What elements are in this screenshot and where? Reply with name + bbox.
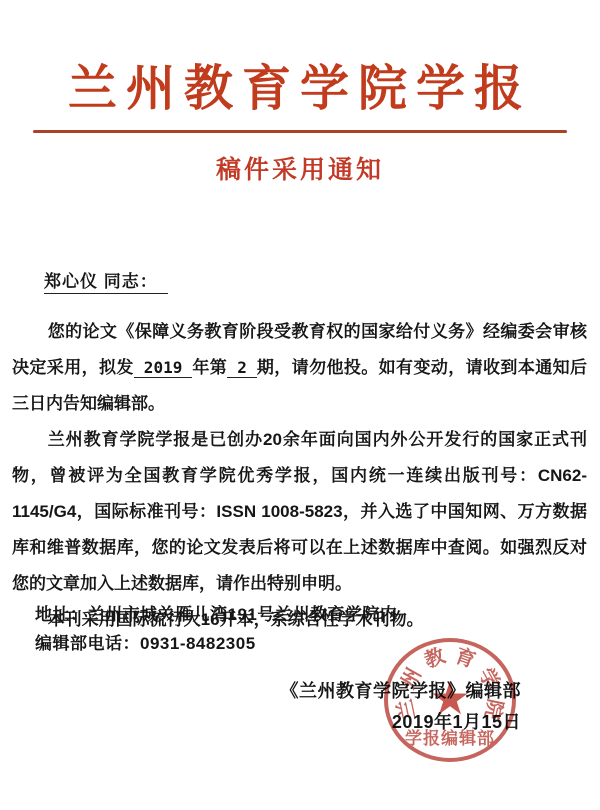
journal-title: 兰州教育学院学报: [0, 50, 600, 120]
star-icon: ★: [429, 675, 470, 721]
seal-arc-char: 院: [481, 697, 505, 721]
notice-title: 稿件采用通知: [0, 150, 600, 186]
contact-block: 地址：兰州市城关雁儿湾191号兰州教育学院内 编辑部电话：0931-848230…: [35, 600, 397, 658]
publish-year-blank: 2019: [134, 358, 193, 378]
acceptance-text-b: 年第: [192, 358, 227, 377]
letter-body: 郑心仪 同志： 您的论文《保障义务教育阶段受教育权的国家给付义务》经编委会审核决…: [12, 264, 587, 638]
seal-bottom-text: 学报编辑部: [388, 724, 512, 749]
paragraph-journal-info: 兰州教育学院学报是已创办20余年面向国内外公开发行的国家正式刊物，曾被评为全国教…: [12, 422, 587, 602]
seal-arc-char: 学: [475, 665, 502, 692]
header-divider: [33, 130, 567, 133]
recipient-name: 郑心仪 同志：: [44, 272, 168, 294]
official-seal: ★ 学报编辑部 兰州教育学院: [384, 638, 516, 762]
seal-arc-char: 州: [398, 665, 425, 692]
seal-arc-char: 育: [452, 646, 478, 672]
seal-arc-char: 教: [422, 646, 448, 672]
acceptance-letter-page: 兰州教育学院学报 稿件采用通知 郑心仪 同志： 您的论文《保障义务教育阶段受教育…: [0, 0, 600, 810]
seal-arc-char: 兰: [395, 697, 419, 721]
salutation-row: 郑心仪 同志：: [44, 264, 587, 300]
address-line: 地址：兰州市城关雁儿湾191号兰州教育学院内: [35, 600, 397, 629]
phone-line: 编辑部电话：0931-8482305: [35, 629, 397, 658]
paragraph-acceptance: 您的论文《保障义务教育阶段受教育权的国家给付义务》经编委会审核决定采用，拟发 2…: [12, 314, 587, 422]
publish-issue-blank: 2: [227, 358, 257, 378]
